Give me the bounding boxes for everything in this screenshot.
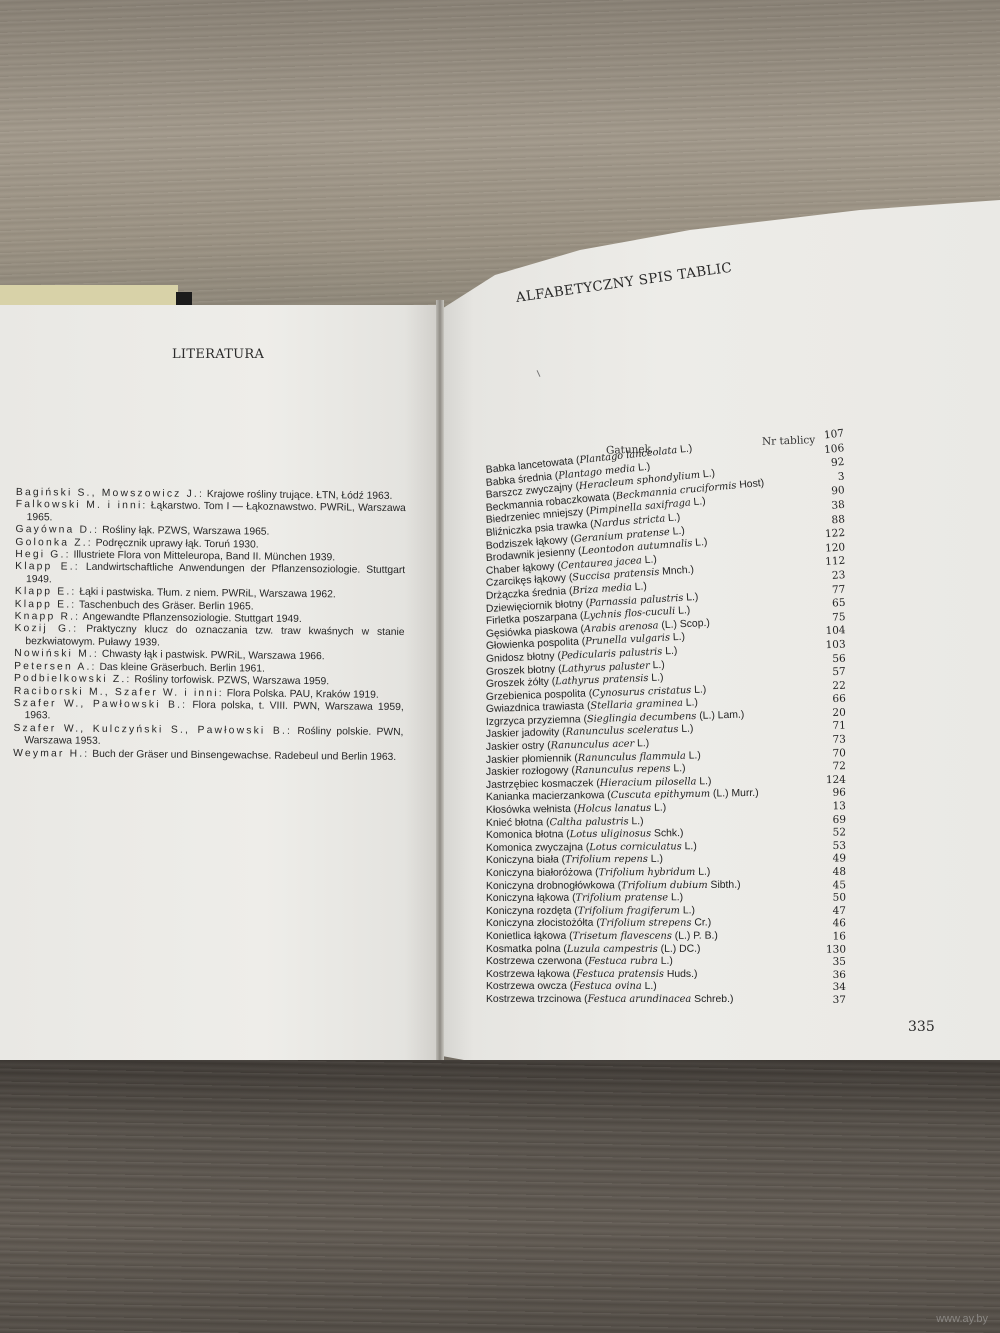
reference-author: Klapp E.: xyxy=(15,599,77,611)
reference-text: Das kleine Gräserbuch. Berlin 1961. xyxy=(97,662,265,675)
taxon-authority: L. xyxy=(686,592,695,603)
taxon-authority: L. xyxy=(694,684,703,695)
reference-text: Angewandte Pflanzensoziologie. Stuttgart… xyxy=(80,612,302,625)
polish-name: Izgrzyca przyziemna xyxy=(486,714,581,728)
taxon-authority: L. xyxy=(683,905,692,916)
polish-name: Kostrzewa trzcinowa xyxy=(486,994,581,1005)
taxon-authority: L. xyxy=(693,497,703,509)
reference-author: Petersen A.: xyxy=(14,661,97,673)
taxon-authority: L. xyxy=(672,526,681,538)
reference-author: Nowiński M.: xyxy=(14,648,99,660)
index-row: Kostrzewa owcza (Festuca ovina L.)34 xyxy=(486,981,846,994)
reference-text: Buch der Gräser und Binsengewachse. Rade… xyxy=(89,748,396,762)
species-name: Kostrzewa trzcinowa (Festuca arundinacea… xyxy=(486,994,733,1007)
latin-name: Holcus lanatus xyxy=(577,803,651,815)
polish-name: Koniczyna rozdęta xyxy=(486,906,572,917)
latin-name: Trifolium dubium xyxy=(621,880,708,891)
reference-author: Podbielkowski Z.: xyxy=(14,673,132,685)
latin-name: Trifolium hybridum xyxy=(599,867,696,879)
taxon-authority: Huds. xyxy=(667,969,694,980)
taxon-authority: Schreb. xyxy=(694,994,730,1005)
literature-heading: LITERATURA xyxy=(172,347,264,362)
latin-name: Prunella vulgaris xyxy=(585,633,670,648)
reference-author: Hegi G.: xyxy=(15,549,70,561)
taxon-authority: (L.) P. B. xyxy=(675,931,715,942)
reference-text: Flora Polska. PAU, Kraków 1919. xyxy=(224,688,379,701)
index-row: Konietlica łąkowa (Trisetum flavescens (… xyxy=(486,930,846,943)
polish-name: Gnidosz błotny xyxy=(486,651,555,665)
table-foreground xyxy=(0,1060,1000,1333)
polish-name: Kostrzewa łąkowa xyxy=(486,969,570,980)
reference-author: Szafer W., Kulczyński S., Pawłowski B.: xyxy=(13,723,292,737)
taxon-authority: (L.) Scop. xyxy=(661,618,707,631)
plate-number: 50 xyxy=(820,892,846,905)
latin-name: Cuscuta epithymum xyxy=(611,789,711,802)
reference-author: Bagiński S., Mowszowicz J.: xyxy=(16,487,204,500)
reference-author: Golonka Z.: xyxy=(15,537,93,549)
index-row: Kostrzewa łąkowa (Festuca pratensis Huds… xyxy=(486,969,846,982)
taxon-authority: (L.) Murr. xyxy=(713,788,755,800)
latin-name: Festuca arundinacea xyxy=(588,994,692,1005)
polish-name: Groszek błotny xyxy=(486,664,556,678)
latin-name: Festuca ovina xyxy=(573,981,642,992)
taxon-authority: L. xyxy=(631,816,640,827)
polish-name: Koniczyna drobnogłówkowa xyxy=(486,880,615,892)
index-row: Kostrzewa czerwona (Festuca rubra L.)35 xyxy=(486,956,846,969)
taxon-authority: (L.) DC. xyxy=(661,943,697,954)
taxon-authority: L. xyxy=(671,892,680,903)
latin-name: Lotus uliginosus xyxy=(570,829,651,841)
plate-number: 106 xyxy=(818,442,845,457)
polish-name: Komonica błotna xyxy=(486,829,564,841)
latin-name: Sieglingia decumbens xyxy=(587,711,697,725)
taxon-authority: L. xyxy=(699,776,708,787)
reference-author: Falkowski M. i inni: xyxy=(16,499,148,511)
plate-number: 48 xyxy=(820,866,846,879)
taxon-authority: L. xyxy=(651,673,660,684)
latin-name: Trisetum flavescens xyxy=(573,931,672,942)
plate-number: 23 xyxy=(819,569,846,583)
plate-number: 35 xyxy=(820,956,846,969)
taxon-authority: L. xyxy=(661,956,670,967)
plate-number: 69 xyxy=(820,813,846,826)
polish-name: Kostrzewa owcza xyxy=(486,981,567,992)
index-row: Koniczyna złocistożółta (Trifolium strep… xyxy=(486,918,846,931)
plate-number: 52 xyxy=(820,827,846,840)
plate-number: 124 xyxy=(820,774,846,787)
reference-text: Praktyczny klucz do oznaczania tzw. traw… xyxy=(25,624,404,648)
reference-author: Szafer W., Pawłowski B.: xyxy=(14,698,188,711)
plate-number: 103 xyxy=(819,638,846,652)
plate-number: 46 xyxy=(820,918,846,931)
taxon-authority: L. xyxy=(686,698,695,709)
plate-number: 53 xyxy=(820,840,846,853)
taxon-authority: L. xyxy=(638,462,648,474)
plate-number: 120 xyxy=(819,541,846,555)
latin-name: Caltha palustris xyxy=(549,816,628,828)
index-row: Koniczyna rozdęta (Trifolium fragiferum … xyxy=(486,905,846,919)
latin-name: Trifolium fragiferum xyxy=(578,905,680,916)
species-name: Konietlica łąkowa (Trisetum flavescens (… xyxy=(486,931,718,944)
species-name: Kosmatka polna (Luzula campestris (L.) D… xyxy=(486,943,700,956)
plate-number: 92 xyxy=(818,456,845,471)
latin-name: Lotus corniculatus xyxy=(589,841,681,853)
polish-name: Koniczyna białoróżowa xyxy=(486,867,592,879)
reference-text: Landwirtschaftliche Anwendungen der Pfla… xyxy=(26,562,405,585)
taxon-authority: (L.) Lam. xyxy=(699,710,741,722)
taxon-authority: Mnch. xyxy=(662,565,691,578)
plate-number: 71 xyxy=(820,720,846,733)
taxon-authority: L. xyxy=(645,981,654,992)
plate-number: 57 xyxy=(820,666,846,680)
plate-number: 66 xyxy=(820,693,846,706)
plate-number: 104 xyxy=(819,625,846,639)
reference-author: Klapp E.: xyxy=(15,586,77,598)
reference-author: Knapp R.: xyxy=(15,611,81,623)
polish-name: Kłosówka wełnista xyxy=(486,804,571,816)
polish-name: Jaskier płomiennik xyxy=(486,753,572,766)
polish-name: Jastrzębiec kosmaczek xyxy=(486,778,594,791)
plate-number: 88 xyxy=(819,513,846,528)
plate-number: 36 xyxy=(820,969,846,982)
latin-name: Lathyrus pratensis xyxy=(555,673,649,687)
reference-text: Chwasty łąk i pastwisk. PWRiL, Warszawa … xyxy=(99,649,325,662)
plate-number: 13 xyxy=(820,800,846,813)
taxon-authority: L. xyxy=(668,512,678,524)
taxon-authority: L. xyxy=(689,750,698,761)
species-index-list: Babka lancetowata (Plantago lanceolata L… xyxy=(486,465,846,1007)
reference-text: Podręcznik uprawy łąk. Toruń 1930. xyxy=(93,537,259,550)
page-number: 335 xyxy=(908,1019,935,1035)
plate-number: 22 xyxy=(820,679,846,692)
species-name: Koniczyna biała (Trifolium repens L.) xyxy=(486,854,663,868)
plate-number: 65 xyxy=(819,597,846,611)
latin-name: Stellaria graminea xyxy=(590,698,683,712)
species-name: Koniczyna drobnogłówkowa (Trifolium dubi… xyxy=(486,879,741,893)
reference-text: Krajowe rośliny trujące. ŁTN, Łódź 1963. xyxy=(204,489,392,502)
taxon-authority: L. xyxy=(685,841,694,852)
plate-number: 45 xyxy=(820,879,846,892)
taxon-authority: L. xyxy=(678,605,687,616)
reference-text: Illustriete Flora von Mitteleuropa, Band… xyxy=(71,550,336,564)
reference-author: Kozij G.: xyxy=(14,623,78,635)
taxon-authority: L. xyxy=(652,659,661,670)
taxon-authority: L. xyxy=(679,444,689,456)
species-name: Koniczyna białoróżowa (Trifolium hybridu… xyxy=(486,867,710,881)
taxon-authority: Schk. xyxy=(654,828,680,839)
plate-number: 20 xyxy=(820,707,846,720)
watermark: www.ay.by xyxy=(936,1313,988,1325)
plate-number: 73 xyxy=(820,734,846,747)
species-name: Koniczyna złocistożółta (Trifolium strep… xyxy=(486,918,711,931)
taxon-authority: L. xyxy=(665,646,674,657)
polish-name: Koniczyna łąkowa xyxy=(486,893,569,904)
reference-author: Klapp E.: xyxy=(15,561,80,573)
polish-name: Kostrzewa czerwona xyxy=(486,956,582,967)
species-name: Kostrzewa owcza (Festuca ovina L.) xyxy=(486,981,657,994)
plate-number: 49 xyxy=(820,853,846,866)
taxon-authority: L. xyxy=(681,724,690,735)
plate-number: 47 xyxy=(820,905,846,918)
taxon-authority: Cr. xyxy=(694,918,707,929)
plate-number: 77 xyxy=(819,583,846,597)
taxon-authority: L. xyxy=(673,632,682,643)
latin-name: Ranunculus sceleratus xyxy=(566,724,679,738)
polish-name: Kanianka macierzankowa xyxy=(486,791,605,804)
species-name: Koniczyna łąkowa (Trifolium pratense L.) xyxy=(486,892,683,905)
latin-name: Trifolium strepens xyxy=(600,918,692,929)
plate-number: 72 xyxy=(820,760,846,773)
latin-name: Hieracium pilosella xyxy=(600,776,697,789)
index-row: Kostrzewa trzcinowa (Festuca arundinacea… xyxy=(486,994,846,1007)
plate-number: 70 xyxy=(820,747,846,760)
plate-number: 3 xyxy=(818,470,845,485)
latin-name: Festuca rubra xyxy=(588,956,658,967)
polish-name: Koniczyna biała xyxy=(486,855,559,867)
species-name: Kostrzewa czerwona (Festuca rubra L.) xyxy=(486,956,673,969)
latin-name: Ranunculus flammula xyxy=(578,750,686,763)
latin-name: Trifolium repens xyxy=(565,854,648,866)
index-row: Kosmatka polna (Luzula campestris (L.) D… xyxy=(486,943,846,956)
latin-name: Ranunculus repens xyxy=(575,764,671,777)
polish-name: Koniczyna złocistożółta xyxy=(486,918,593,929)
reference-text: Rośliny łąk. PZWS, Warszawa 1965. xyxy=(99,525,269,538)
latin-name: Festuca pratensis xyxy=(576,969,664,980)
plate-number: 75 xyxy=(819,611,846,625)
taxon-authority: Host xyxy=(739,478,761,491)
index-row: Koniczyna białoróżowa (Trifolium hybridu… xyxy=(486,866,846,881)
polish-name: Jaskier ostry xyxy=(486,741,545,753)
reference-list: Bagiński S., Mowszowicz J.: Krajowe rośl… xyxy=(13,487,406,764)
species-name: Kostrzewa łąkowa (Festuca pratensis Huds… xyxy=(486,969,697,982)
book-gutter xyxy=(436,300,444,1075)
polish-name: Groszek żółty xyxy=(486,677,549,690)
polish-name: Jaskier jadowity xyxy=(486,728,560,741)
reference-text: Rośliny torfowisk. PZWS, Warszawa 1959. xyxy=(131,674,329,687)
latin-name: Briza media xyxy=(572,582,632,597)
polish-name: Knieć błotna xyxy=(486,817,543,829)
polish-name: Komonica zwyczajna xyxy=(486,842,583,854)
taxon-authority: L. xyxy=(654,803,663,814)
taxon-authority: L. xyxy=(651,854,660,865)
reference-author: Gayówna D.: xyxy=(15,524,99,536)
plate-number: 56 xyxy=(819,652,845,666)
taxon-authority: Sibth. xyxy=(710,879,737,890)
taxon-authority: L. xyxy=(644,554,653,566)
reference-author: Raciborski M., Szafer W. i inni: xyxy=(14,685,224,698)
polish-name: Jaskier rozłogowy xyxy=(486,766,569,779)
plate-number: 112 xyxy=(819,555,846,569)
taxon-authority: L. xyxy=(695,537,704,549)
reference-author: Weymar H.: xyxy=(13,748,89,760)
polish-name: Konietlica łąkowa xyxy=(486,931,566,942)
plate-number: 130 xyxy=(820,943,846,956)
taxon-authority: L. xyxy=(637,738,646,749)
latin-name: Ranunculus acer xyxy=(551,739,635,752)
taxon-authority: L. xyxy=(634,581,643,593)
latin-name: Luzula campestris xyxy=(567,943,658,954)
latin-name: Trifolium pratense xyxy=(576,892,669,903)
taxon-authority: L. xyxy=(702,469,712,481)
polish-name: Kosmatka polna xyxy=(486,943,561,954)
index-row: Koniczyna łąkowa (Trifolium pratense L.)… xyxy=(486,892,846,906)
plate-number: 34 xyxy=(820,981,846,994)
plate-number: 37 xyxy=(820,994,846,1007)
plate-number: 96 xyxy=(820,787,846,800)
reference-text: Łąki i pastwiska. Tłum. z niem. PWRiL, W… xyxy=(76,587,335,601)
taxon-authority: L. xyxy=(698,867,707,878)
species-name: Koniczyna rozdęta (Trifolium fragiferum … xyxy=(486,905,695,918)
plate-number: 38 xyxy=(818,499,845,514)
taxon-authority: L. xyxy=(673,763,682,774)
plate-number: 122 xyxy=(819,527,846,541)
plate-number: 90 xyxy=(818,485,845,500)
polish-name: Gwiazdnica trawiasta xyxy=(486,701,584,715)
plate-number: 16 xyxy=(820,930,846,943)
reference-text: Taschenbuch des Gräser. Berlin 1965. xyxy=(76,599,253,612)
